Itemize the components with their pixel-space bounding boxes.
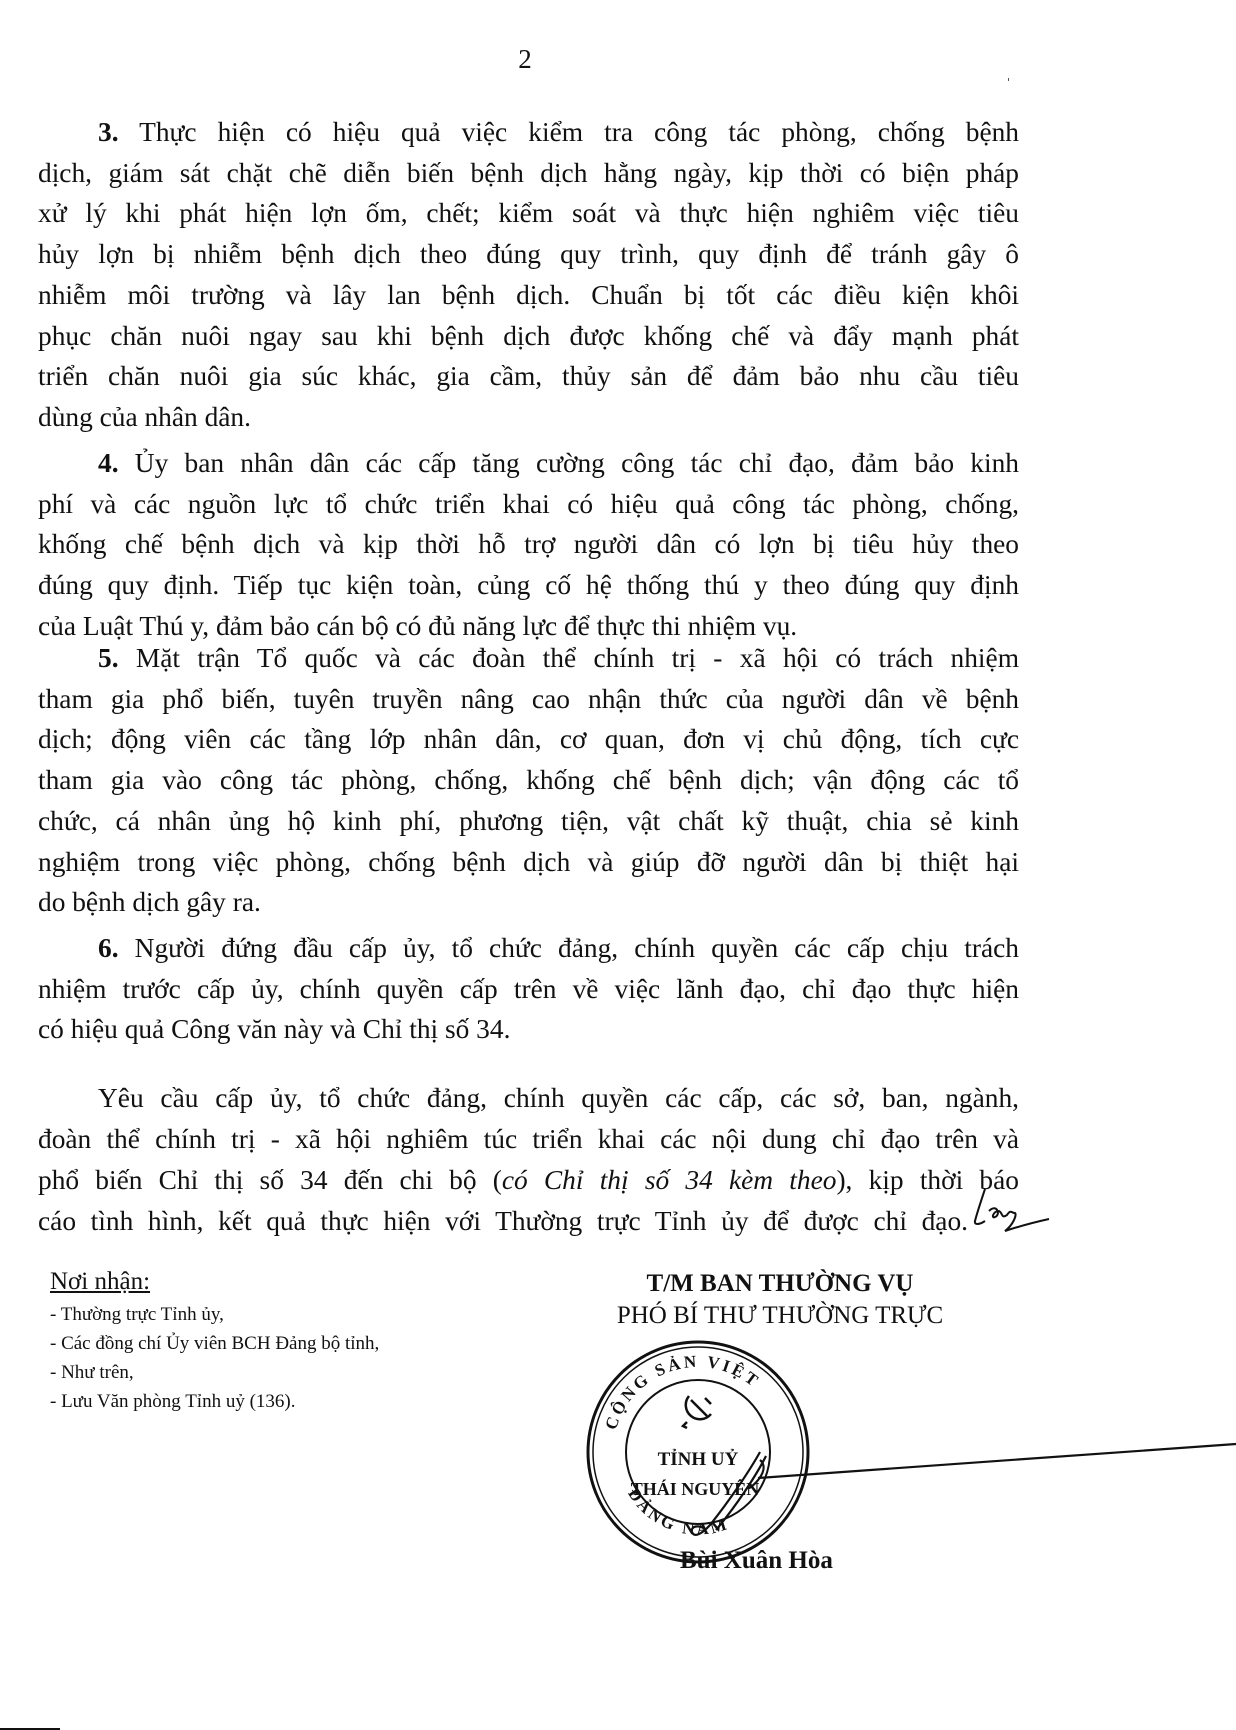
paragraph-line: 5. Mặt trận Tổ quốc và các đoàn thể chín…	[98, 638, 1019, 678]
paragraph-line: đúng quy định. Tiếp tục kiện toàn, củng …	[38, 565, 1019, 605]
paragraph-line: triển chăn nuôi gia súc khác, gia cầm, t…	[38, 356, 1019, 396]
attachment-note: có Chỉ thị số 34 kèm theo	[502, 1165, 837, 1195]
closing-line: đoàn thể chính trị - xã hội nghiêm túc t…	[38, 1119, 1019, 1159]
paragraph-number: 3.	[98, 117, 119, 147]
paragraph-line: 6. Người đứng đầu cấp ủy, tổ chức đảng, …	[98, 928, 1019, 968]
paragraph-line: do bệnh dịch gây ra.	[38, 882, 1019, 922]
paragraph-line: nhiễm môi trường và lây lan bệnh dịch. C…	[38, 275, 1019, 315]
page-number: 2	[0, 44, 1050, 75]
paragraph-line: nhiệm trước cấp ủy, chính quyền cấp trên…	[38, 969, 1019, 1009]
recipient-item: - Thường trực Tỉnh ủy,	[50, 1300, 379, 1329]
closing-line: cáo tình hình, kết quả thực hiện với Thư…	[38, 1201, 968, 1241]
paragraph-line: dịch; động viên các tầng lớp nhân dân, c…	[38, 719, 1019, 759]
handwritten-initials	[967, 1185, 1057, 1235]
signer-name: Bùi Xuân Hòa	[680, 1547, 833, 1575]
paragraph-line: dùng của nhân dân.	[38, 397, 1019, 437]
paragraph-line: 4. Ủy ban nhân dân các cấp tăng cường cô…	[98, 443, 1019, 483]
document-page: 2 3. Thực hiện có hiệu quả việc kiểm tra…	[0, 0, 1236, 1730]
paragraph-line: nghiệm trong việc phòng, chống bệnh dịch…	[38, 842, 1019, 882]
paragraph-number: 5.	[98, 643, 119, 673]
paragraph-line: chức, cá nhân ủng hộ kinh phí, phương ti…	[38, 801, 1019, 841]
paragraph-line: hủy lợn bị nhiễm bệnh dịch theo đúng quy…	[38, 234, 1019, 274]
recipients-block: Nơi nhận: - Thường trực Tỉnh ủy, - Các đ…	[50, 1268, 379, 1416]
paragraph-number: 6.	[98, 933, 119, 963]
signature-title: T/M BAN THƯỜNG VỤ	[560, 1268, 1000, 1300]
paragraph-line: xử lý khi phát hiện lợn ốm, chết; kiểm s…	[38, 193, 1019, 233]
paragraph-line: phục chăn nuôi ngay sau khi bệnh dịch đư…	[38, 316, 1019, 356]
paragraph-number: 4.	[98, 448, 119, 478]
paragraph-line: có hiệu quả Công văn này và Chỉ thị số 3…	[38, 1009, 1019, 1049]
paragraph-line: phí và các nguồn lực tổ chức triển khai …	[38, 484, 1019, 524]
recipient-item: - Lưu Văn phòng Tỉnh uỷ (136).	[50, 1387, 379, 1416]
paragraph-line: 3. Thực hiện có hiệu quả việc kiểm tra c…	[98, 112, 1019, 152]
paragraph-line: tham gia vào công tác phòng, chống, khốn…	[38, 760, 1019, 800]
recipient-item: - Như trên,	[50, 1358, 379, 1387]
recipients-title: Nơi nhận:	[50, 1268, 379, 1296]
scan-speck	[1008, 78, 1009, 81]
paragraph-line: khống chế bệnh dịch và kịp thời hỗ trợ n…	[38, 524, 1019, 564]
closing-line: phổ biến Chỉ thị số 34 đến chi bộ (có Ch…	[38, 1160, 1019, 1200]
paragraph-line: tham gia phổ biến, tuyên truyền nâng cao…	[38, 679, 1019, 719]
closing-line: Yêu cầu cấp ủy, tổ chức đảng, chính quyề…	[98, 1078, 1019, 1118]
paragraph-line: dịch, giám sát chặt chẽ diễn biến bệnh d…	[38, 153, 1019, 193]
handwritten-signature	[560, 1320, 1236, 1620]
recipient-item: - Các đồng chí Ủy viên BCH Đảng bộ tỉnh,	[50, 1329, 379, 1358]
